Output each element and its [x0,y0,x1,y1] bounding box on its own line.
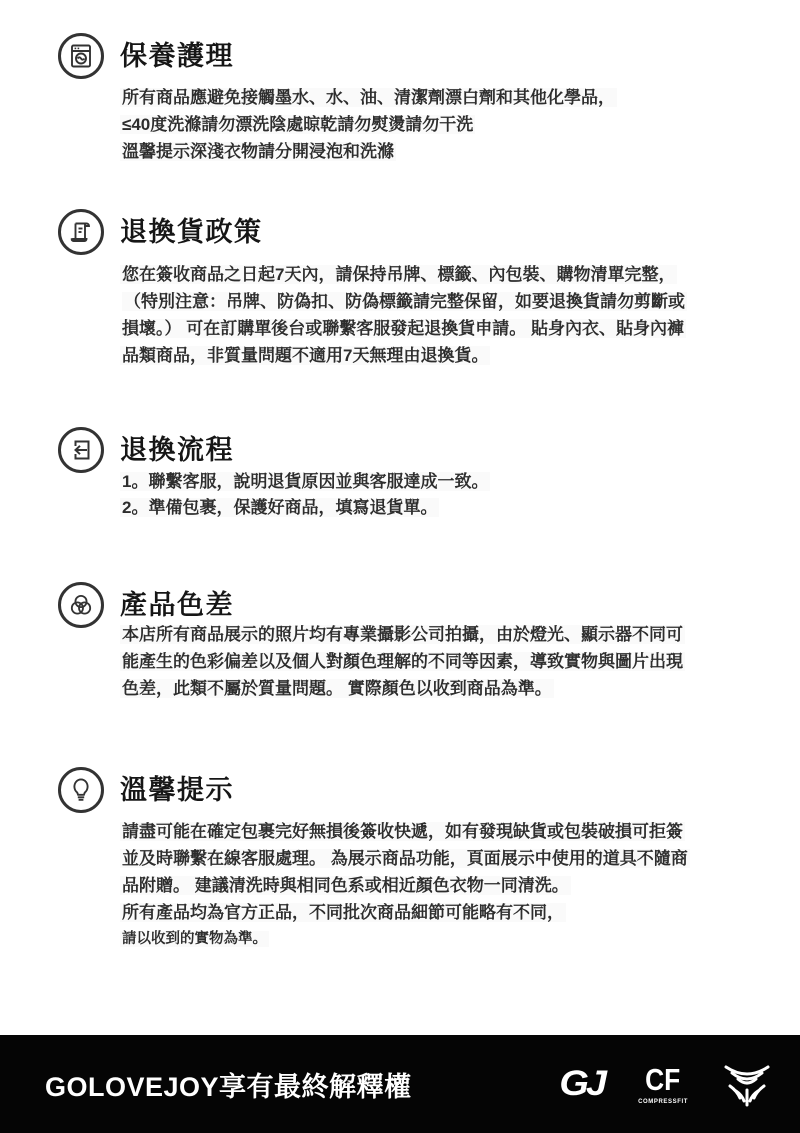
care-line: ≤40度洗滌請勿漂洗陰處晾乾請勿熨燙請勿干洗 [120,111,768,138]
return-policy-line: 品類商品，非質量問題不適用7天無理由退換貨。 [120,342,768,369]
tips-line: 所有產品均為官方正品，不同批次商品細節可能略有不同， [120,899,768,926]
tips-line: 並及時聯繫在線客服處理。 為展示商品功能，頁面展示中使用的道具不隨商 [120,845,768,872]
cf-logo-subtext: COMPRESSFIT [638,1099,688,1105]
section-care-body: 所有商品應避免接觸墨水、水、油、清潔劑漂白劑和其他化學品， ≤40度洗滌請勿漂洗… [120,84,768,165]
footer-disclaimer: GOLOVEJOY享有最終解釋權 [45,1065,412,1104]
wings-emblem-icon [722,1060,772,1108]
section-return-policy-body: 您在簽收商品之日起7天內，請保持吊牌、標籤、內包裝、購物清單完整， （特別注意：… [120,261,768,369]
golovejoy-gj-logo: GJ [559,1067,604,1102]
cf-logo-text: CF [645,1064,680,1095]
care-line: 溫馨提示深淺衣物請分開浸泡和洗滌 [120,138,768,165]
care-line: 所有商品應避免接觸墨水、水、油、清潔劑漂白劑和其他化學品， [120,84,768,111]
washing-machine-icon [58,33,104,79]
return-policy-line: （特別注意：吊牌、防偽扣、防偽標籤請完整保留，如要退換貨請勿剪斷或 [120,288,768,315]
return-arrow-icon [58,427,104,473]
section-return-policy-title: 退換貨政策 [120,219,263,246]
section-care-title: 保養護理 [120,43,234,70]
section-return-process-body: 1。聯繫客服，說明退貨原因並與客服達成一致。 2。準備包裹，保護好商品，填寫退貨… [120,469,768,521]
color-difference-line: 能產生的色彩偏差以及個人對顏色理解的不同等因素，導致實物與圖片出現 [120,648,768,675]
return-process-step: 1。聯繫客服，說明退貨原因並與客服達成一致。 [120,469,768,495]
brand-logos: GJ CF COMPRESSFIT [559,1060,772,1108]
footer-bar: GOLOVEJOY享有最終解釋權 GJ CF COMPRESSFIT [0,1035,800,1133]
tips-line: 請盡可能在確定包裹完好無損後簽收快遞，如有發現缺貨或包裝破損可拒簽 [120,818,768,845]
compressfit-cf-logo: CF COMPRESSFIT [638,1064,688,1105]
scroll-document-icon [58,209,104,255]
color-circles-icon [58,582,104,628]
color-difference-line: 色差，此類不屬於質量問題。 實際顏色以收到商品為準。 [120,675,768,702]
return-policy-line: 損壞。） 可在訂購單後台或聯繫客服發起退換貨申請。 貼身內衣、貼身內褲 [120,315,768,342]
section-care-header: 保養護理 [58,33,234,79]
lightbulb-icon [58,767,104,813]
section-tips-header: 溫馨提示 [58,767,234,813]
section-color-difference-body: 本店所有商品展示的照片均有專業攝影公司拍攝，由於燈光、顯示器不同可 能產生的色彩… [120,621,768,702]
return-process-step: 2。準備包裹，保護好商品，填寫退貨單。 [120,495,768,521]
section-return-policy-header: 退換貨政策 [58,209,263,255]
section-return-process-title: 退換流程 [120,437,234,464]
color-difference-line: 本店所有商品展示的照片均有專業攝影公司拍攝，由於燈光、顯示器不同可 [120,621,768,648]
section-tips-body: 請盡可能在確定包裹完好無損後簽收快遞，如有發現缺貨或包裝破損可拒簽 並及時聯繫在… [120,818,768,952]
section-color-difference-title: 產品色差 [120,592,234,619]
tips-line-small: 請以收到的實物為準。 [120,926,768,952]
return-policy-line: 您在簽收商品之日起7天內，請保持吊牌、標籤、內包裝、購物清單完整， [120,261,768,288]
section-return-process-header: 退換流程 [58,427,234,473]
tips-line: 品附贈。 建議清洗時與相同色系或相近顏色衣物一同清洗。 [120,872,768,899]
product-info-page: 保養護理 所有商品應避免接觸墨水、水、油、清潔劑漂白劑和其他化學品， ≤40度洗… [0,0,800,1133]
section-tips-title: 溫馨提示 [120,777,234,804]
